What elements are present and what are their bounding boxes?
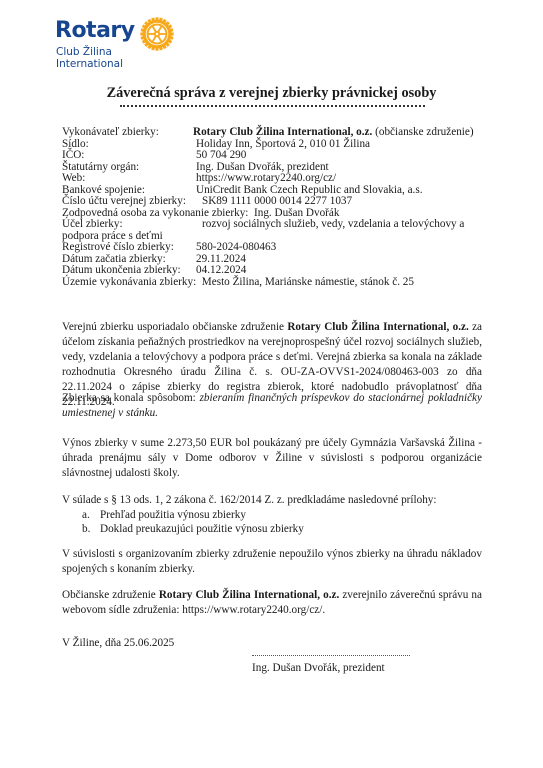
info-value: 580-2024-080463 (196, 242, 276, 254)
list-item-text: Prehľad použitia výnosu zbierky (100, 509, 246, 521)
info-value: 50 704 290 (196, 150, 246, 162)
text: V súvislosti s organizovaním zbierky zdr… (62, 548, 482, 575)
title-divider (120, 99, 425, 107)
paragraph-costs: V súvislosti s organizovaním zbierky zdr… (62, 547, 482, 577)
text: Zbierka sa konala spôsobom: (62, 392, 200, 404)
info-value: rozvoj sociálnych služieb, vedy, vzdelan… (202, 219, 464, 231)
info-label: Územie vykonávania zbierky: Mesto Žilina… (62, 277, 414, 289)
text: Verejnú zbierku usporiadalo občianske zd… (62, 321, 287, 333)
organizer-name: Rotary Club Žilina International, o.z. (193, 126, 372, 138)
paragraph-attachments: V súlade s § 13 ods. 1, 2 zákona č. 162/… (62, 493, 482, 508)
organizer-type: (občianske združenie) (372, 126, 473, 138)
rotary-logo: Rotary Club Žilina International (55, 16, 175, 68)
list-item: a.Prehľad použitia výnosu zbierky (82, 508, 304, 522)
paragraph-publication: Občianske združenie Rotary Club Žilina I… (62, 588, 482, 618)
list-item: b.Doklad preukazujúci použitie výnosu zb… (82, 522, 304, 536)
info-label: Vykonávateľ zbierky: (62, 127, 159, 139)
logo-international: International (56, 58, 123, 70)
info-value: https://www.rotary2240.org/cz/ (196, 173, 336, 185)
paragraph-method: Zbierka sa konala spôsobom: zbieraním fi… (62, 391, 482, 421)
text: V Žiline, dňa 25.06.2025 (62, 637, 174, 649)
signature-line (252, 655, 410, 656)
paragraph-proceeds: Výnos zbierky v sume 2.273,50 EUR bol po… (62, 436, 482, 481)
rotary-wheel-icon (139, 16, 175, 52)
territory-value: Mesto Žilina, Mariánske námestie, stánok… (202, 276, 414, 288)
attachments-list: a.Prehľad použitia výnosu zbierky b.Dokl… (82, 508, 304, 536)
place-date: V Žiline, dňa 25.06.2025 (62, 636, 482, 651)
organizer-name: Rotary Club Žilina International, o.z. (159, 589, 339, 601)
responsible-value: Ing. Dušan Dvořák (254, 207, 339, 219)
info-value: Rotary Club Žilina International, o.z. (… (193, 127, 474, 139)
territory-label: Územie vykonávania zbierky: (62, 276, 196, 288)
info-label: Účel zbierky: (62, 219, 123, 231)
logo-wordmark: Rotary (55, 18, 135, 43)
responsible-label: Zodpovedná osoba za vykonanie zbierky: (62, 207, 248, 219)
text: Občianske združenie (62, 589, 159, 601)
logo-club-name: Club Žilina (56, 46, 112, 58)
signatory-name: Ing. Dušan Dvořák, prezident (252, 662, 385, 674)
list-marker: b. (82, 522, 90, 536)
list-marker: a. (82, 508, 90, 522)
text: Výnos zbierky v sume 2.273,50 EUR bol po… (62, 437, 482, 479)
list-item-text: Doklad preukazujúci použitie výnosu zbie… (100, 523, 304, 535)
text: V súlade s § 13 ods. 1, 2 zákona č. 162/… (62, 494, 437, 506)
info-label: Registrové číslo zbierky: (62, 242, 174, 254)
info-label: Web: (62, 173, 85, 185)
info-label: IČO: (62, 150, 84, 162)
organizer-name: Rotary Club Žilina International, o.z. (287, 321, 468, 333)
